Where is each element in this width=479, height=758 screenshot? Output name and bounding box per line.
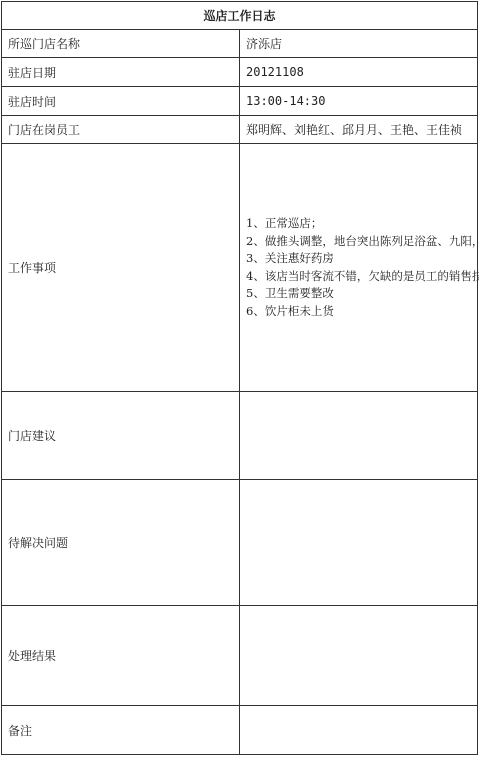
visit-date-value: 20121108	[240, 58, 478, 87]
work-item: 3、关注惠好药房	[246, 250, 471, 268]
work-items-content: 1、正常巡店； 2、做推头调整，地台突出陈列足浴盆、九阳，花车做专题陈列； 3、…	[240, 144, 478, 392]
log-title: 巡店工作日志	[2, 2, 478, 30]
staff-value: 郑明辉、刘艳红、邱月月、王艳、王佳祯	[240, 116, 478, 144]
visit-time-value: 13:00-14:30	[240, 87, 478, 116]
work-item: 4、该店当时客流不错，欠缺的是员工的销售技巧，需要加强培训	[246, 268, 471, 286]
work-item: 6、饮片柜未上货	[246, 303, 471, 321]
work-item: 5、卫生需要整改	[246, 285, 471, 303]
notes-value	[240, 706, 478, 755]
work-item: 2、做推头调整，地台突出陈列足浴盆、九阳，花车做专题陈列；	[246, 233, 471, 251]
work-item: 1、正常巡店；	[246, 215, 471, 233]
staff-label: 门店在岗员工	[2, 116, 240, 144]
store-visit-log-table: 巡店工作日志 所巡门店名称 济泺店 驻店日期 20121108 驻店时间 13:…	[1, 1, 478, 755]
store-suggestions-value	[240, 392, 478, 480]
pending-issues-value	[240, 480, 478, 606]
visit-time-label: 驻店时间	[2, 87, 240, 116]
notes-label: 备注	[2, 706, 240, 755]
handling-result-value	[240, 606, 478, 706]
pending-issues-label: 待解决问题	[2, 480, 240, 606]
handling-result-label: 处理结果	[2, 606, 240, 706]
store-name-value: 济泺店	[240, 30, 478, 58]
store-suggestions-label: 门店建议	[2, 392, 240, 480]
work-items-label: 工作事项	[2, 144, 240, 392]
visit-date-label: 驻店日期	[2, 58, 240, 87]
store-name-label: 所巡门店名称	[2, 30, 240, 58]
